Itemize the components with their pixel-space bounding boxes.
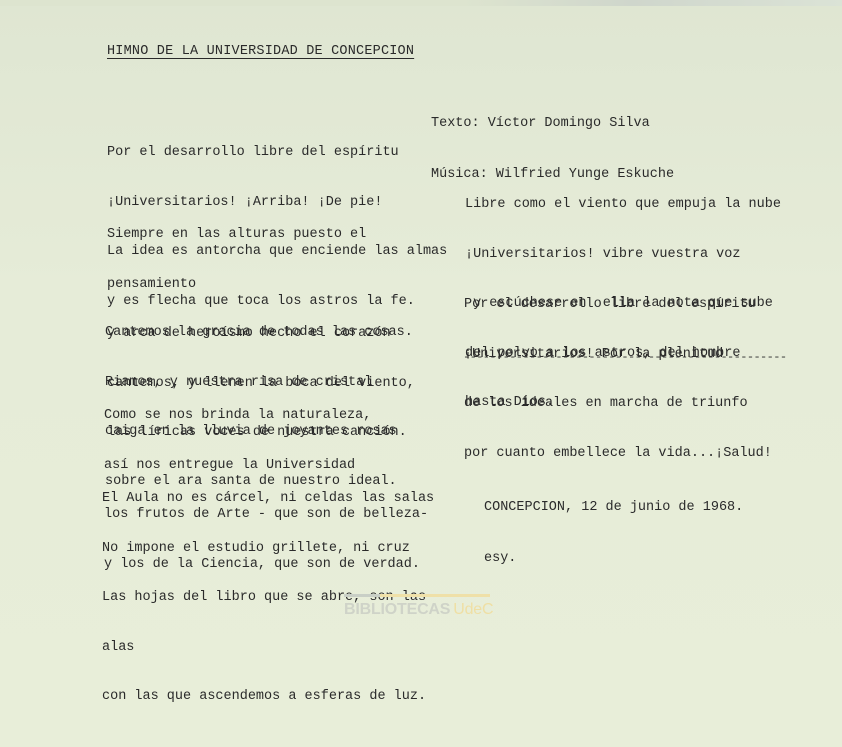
verse-line: pensamiento	[107, 277, 415, 294]
document-title: HIMNO DE LA UNIVERSIDAD DE CONCEPCION	[107, 44, 414, 59]
verse-line: Como se nos brinda la naturaleza,	[104, 408, 428, 425]
library-watermark: BIBLIOTECASUdeC	[344, 594, 490, 619]
verse-line: Cantemos la gracia de todas las cosas.	[105, 325, 413, 342]
signature-block: CONCEPCION, 12 de junio de 1968. esy.	[484, 465, 743, 601]
page-top-edge	[0, 0, 842, 6]
verse-line: No impone el estudio grillete, ni cruz	[102, 541, 434, 558]
credit-texto: Texto: Víctor Domingo Silva	[431, 115, 674, 132]
verse-line: alas	[102, 640, 434, 657]
watermark-suffix: UdeC	[453, 601, 493, 618]
verse-line: de los ideales en marcha de triunfo	[464, 396, 772, 413]
verse-line: Por el desarrollo libre del espíritu	[464, 297, 772, 314]
right-stanza-2: Por el desarrollo libre del espíritu ¡Un…	[464, 264, 772, 495]
verse-line: con las que ascendemos a esferas de luz.	[102, 689, 434, 706]
verse-line: Siempre en las alturas puesto el	[107, 227, 415, 244]
watermark-bar	[344, 594, 490, 597]
place-date: CONCEPCION, 12 de junio de 1968.	[484, 499, 743, 516]
verse-line: Libre como el viento que empuja la nube	[465, 197, 781, 214]
separator-line: ----------------------------------------…	[463, 350, 786, 364]
watermark-label: BIBLIOTECAS	[344, 601, 450, 618]
verse-line: por cuanto embellece la vida...¡Salud!	[464, 446, 772, 463]
typist-initials: esy.	[484, 550, 743, 567]
verse-line: Por el desarrollo libre del espíritu	[107, 145, 447, 162]
verse-line: El Aula no es cárcel, ni celdas las sala…	[102, 491, 434, 508]
scanned-document-page: HIMNO DE LA UNIVERSIDAD DE CONCEPCION Te…	[0, 0, 842, 747]
watermark-text: BIBLIOTECASUdeC	[344, 601, 490, 619]
verse-line: ¡Universitarios! vibre vuestra voz	[465, 247, 781, 264]
